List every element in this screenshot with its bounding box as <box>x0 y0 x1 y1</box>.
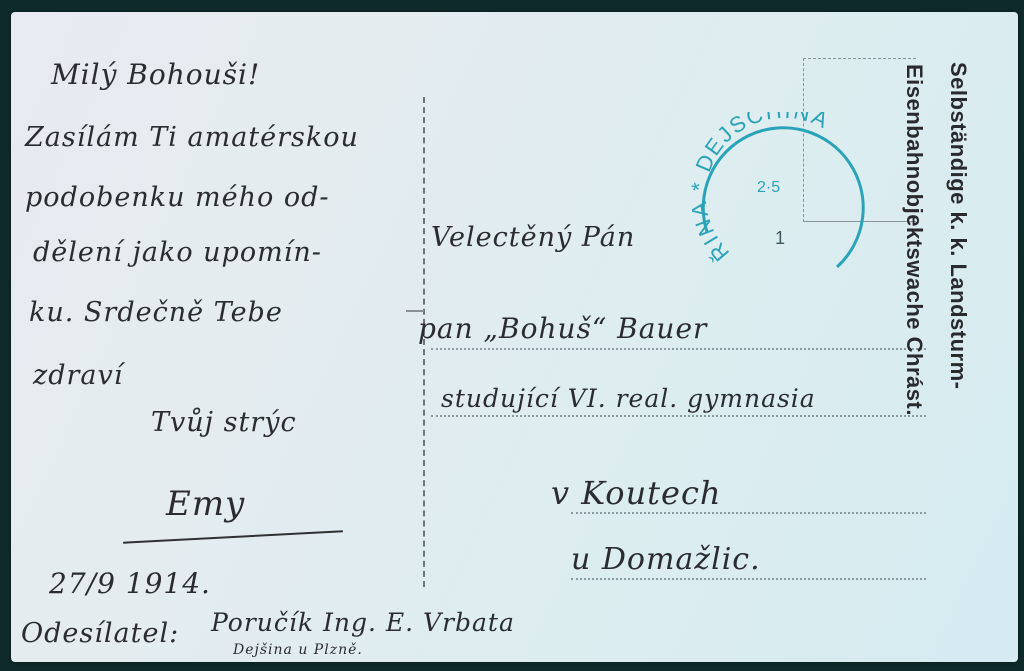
signature-underline <box>123 530 343 544</box>
postmark-number: 1 <box>775 228 785 248</box>
message-greeting: Milý Bohouši! <box>51 58 260 91</box>
address-line-4 <box>571 578 926 580</box>
message-line-4: ku. Srdečně Tebe <box>29 297 283 328</box>
message-line-3: dělení jako upomín- <box>33 237 322 268</box>
message-closing: Tvůj strýc <box>151 407 297 438</box>
header-line-2: Eisenbahnobjektswache Chrást. <box>901 64 927 416</box>
header-line-1: Selbständige k. k. Landsturm- <box>945 62 971 389</box>
address-salutation: Velectěný Pán <box>431 222 635 253</box>
postcard: Milý Bohouši! Zasílám Ti amatérskou podo… <box>11 12 1018 662</box>
message-line-2: podobenku mého od- <box>25 182 330 213</box>
address-line-2 <box>431 415 926 417</box>
address-line2: studující VI. real. gymnasia <box>441 384 816 413</box>
address-name: pan „Bohuš“ Bauer <box>418 312 707 345</box>
address-line-3 <box>571 512 926 514</box>
signature: Emy <box>166 484 245 524</box>
address-line4: u Domažlic. <box>571 542 761 577</box>
sender-label: Odesílatel: <box>21 618 179 649</box>
sender-location: Dejšina u Plzně. <box>233 642 363 658</box>
message-line-1: Zasílám Ti amatérskou <box>25 122 359 153</box>
message-date: 27/9 1914. <box>49 567 211 600</box>
postmark-date: 2·5 <box>757 179 780 196</box>
message-line-5: zdraví <box>33 360 123 391</box>
sender-name: Poručík Ing. E. Vrbata <box>211 608 515 637</box>
postmark-icon: ŘINA * DEJSCHINA 2·5 1 <box>687 112 881 292</box>
address-line-1 <box>431 348 926 350</box>
address-line3: v Koutech <box>551 474 722 512</box>
